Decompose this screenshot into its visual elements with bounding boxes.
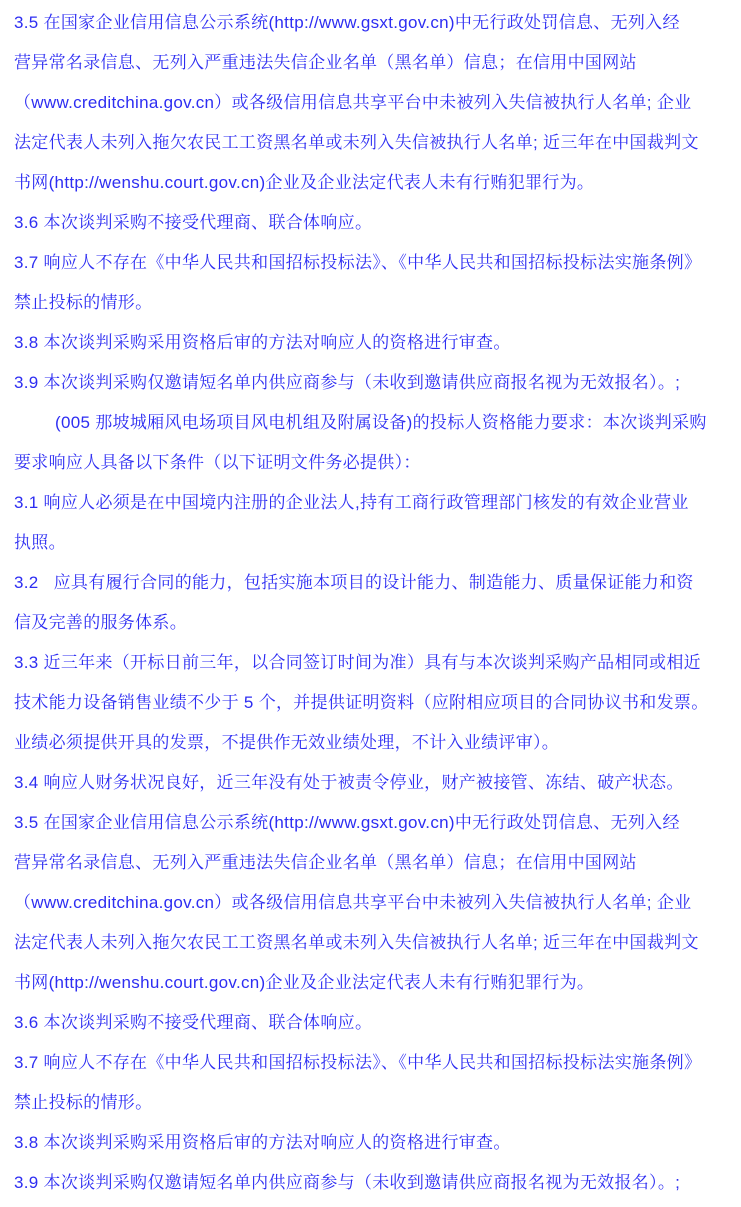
text-line: 3.1 响应人必须是在中国境内注册的企业法人,持有工商行政管理部门核发的有效企业…: [14, 483, 739, 523]
text-line: 营异常名录信息、无列入严重违法失信企业名单（黑名单）信息；在信用中国网站: [14, 43, 739, 83]
text-line: 书网(http://wenshu.court.gov.cn)企业及企业法定代表人…: [14, 163, 739, 203]
text-line: 书网(http://wenshu.court.gov.cn)企业及企业法定代表人…: [14, 963, 739, 1003]
text-line: 要求响应人具备以下条件（以下证明文件务必提供）：: [14, 443, 739, 483]
text-line: 技术能力设备销售业绩不少于 5 个，并提供证明资料（应附相应项目的合同协议书和发…: [14, 683, 739, 723]
text-line: 3.6 本次谈判采购不接受代理商、联合体响应。: [14, 203, 739, 243]
document-text: 3.5 在国家企业信用信息公示系统(http://www.gsxt.gov.cn…: [0, 0, 741, 1203]
text-line: 3.9 本次谈判采购仅邀请短名单内供应商参与（未收到邀请供应商报名视为无效报名）…: [14, 1163, 739, 1203]
text-line: (005 那坡城厢风电场项目风电机组及附属设备)的投标人资格能力要求：本次谈判采…: [14, 403, 739, 443]
text-line: 执照。: [14, 523, 739, 563]
text-line: 3.5 在国家企业信用信息公示系统(http://www.gsxt.gov.cn…: [14, 803, 739, 843]
text-line: 信及完善的服务体系。: [14, 603, 739, 643]
text-line: 禁止投标的情形。: [14, 1083, 739, 1123]
text-line: 3.7 响应人不存在《中华人民共和国招标投标法》、《中华人民共和国招标投标法实施…: [14, 243, 739, 283]
text-line: 3.5 在国家企业信用信息公示系统(http://www.gsxt.gov.cn…: [14, 3, 739, 43]
text-line: 3.6 本次谈判采购不接受代理商、联合体响应。: [14, 1003, 739, 1043]
text-line: 3.4 响应人财务状况良好，近三年没有处于被责令停业，财产被接管、冻结、破产状态…: [14, 763, 739, 803]
text-line: 3.3 近三年来（开标日前三年，以合同签订时间为准）具有与本次谈判采购产品相同或…: [14, 643, 739, 683]
text-line: 法定代表人未列入拖欠农民工工资黑名单或未列入失信被执行人名单; 近三年在中国裁判…: [14, 123, 739, 163]
text-line: （www.creditchina.gov.cn）或各级信用信息共享平台中未被列入…: [14, 83, 739, 123]
text-line: 禁止投标的情形。: [14, 283, 739, 323]
document-page: 3.5 在国家企业信用信息公示系统(http://www.gsxt.gov.cn…: [0, 0, 741, 1207]
text-line: 3.8 本次谈判采购采用资格后审的方法对响应人的资格进行审查。: [14, 323, 739, 363]
text-line: 营异常名录信息、无列入严重违法失信企业名单（黑名单）信息；在信用中国网站: [14, 843, 739, 883]
text-line: （www.creditchina.gov.cn）或各级信用信息共享平台中未被列入…: [14, 883, 739, 923]
text-line: 法定代表人未列入拖欠农民工工资黑名单或未列入失信被执行人名单; 近三年在中国裁判…: [14, 923, 739, 963]
text-line: 3.7 响应人不存在《中华人民共和国招标投标法》、《中华人民共和国招标投标法实施…: [14, 1043, 739, 1083]
text-line: 3.9 本次谈判采购仅邀请短名单内供应商参与（未收到邀请供应商报名视为无效报名）…: [14, 363, 739, 403]
text-line: 业绩必须提供开具的发票，不提供作无效业绩处理，不计入业绩评审）。: [14, 723, 739, 763]
text-line: 3.8 本次谈判采购采用资格后审的方法对响应人的资格进行审查。: [14, 1123, 739, 1163]
text-line: 3.2 应具有履行合同的能力，包括实施本项目的设计能力、制造能力、质量保证能力和…: [14, 563, 739, 603]
